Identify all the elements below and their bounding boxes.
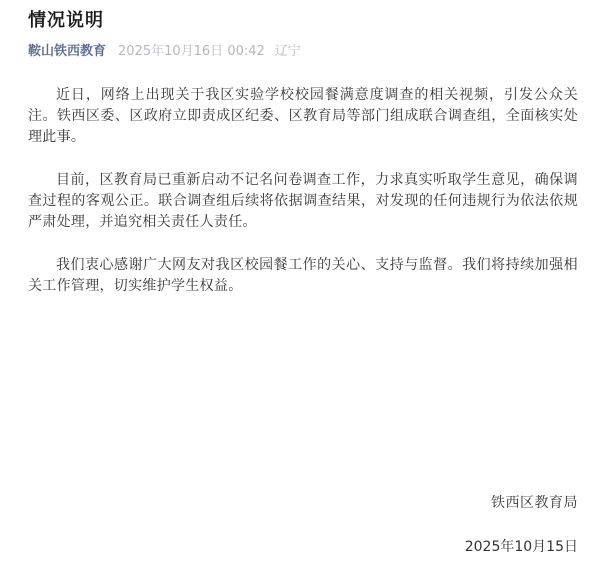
byline: 鞍山铁西教育2025年10月16日 00:42辽宁 xyxy=(28,43,578,61)
article-page: 情况说明 鞍山铁西教育2025年10月16日 00:42辽宁 近日，网络上出现关… xyxy=(0,0,600,569)
source-account-link[interactable]: 鞍山铁西教育 xyxy=(28,44,106,59)
paragraph-2: 目前，区教育局已重新启动不记名问卷调查工作，力求真实听取学生意见，确保调查过程的… xyxy=(28,170,578,233)
paragraph-3: 我们衷心感谢广大网友对我区校园餐工作的关心、支持与监督。我们将持续加强相关工作管… xyxy=(28,255,578,297)
publish-location: 辽宁 xyxy=(275,44,301,59)
article-body: 近日，网络上出现关于我区实验学校校园餐满意度调查的相关视频，引发公众关注。铁西区… xyxy=(28,85,578,558)
paragraph-1: 近日，网络上出现关于我区实验学校校园餐满意度调查的相关视频，引发公众关注。铁西区… xyxy=(28,85,578,148)
page-title: 情况说明 xyxy=(28,8,578,34)
signature-organization: 铁西区教育局 xyxy=(28,493,578,514)
signature-date: 2025年10月15日 xyxy=(28,537,578,558)
publish-timestamp: 2025年10月16日 00:42 xyxy=(118,44,265,59)
